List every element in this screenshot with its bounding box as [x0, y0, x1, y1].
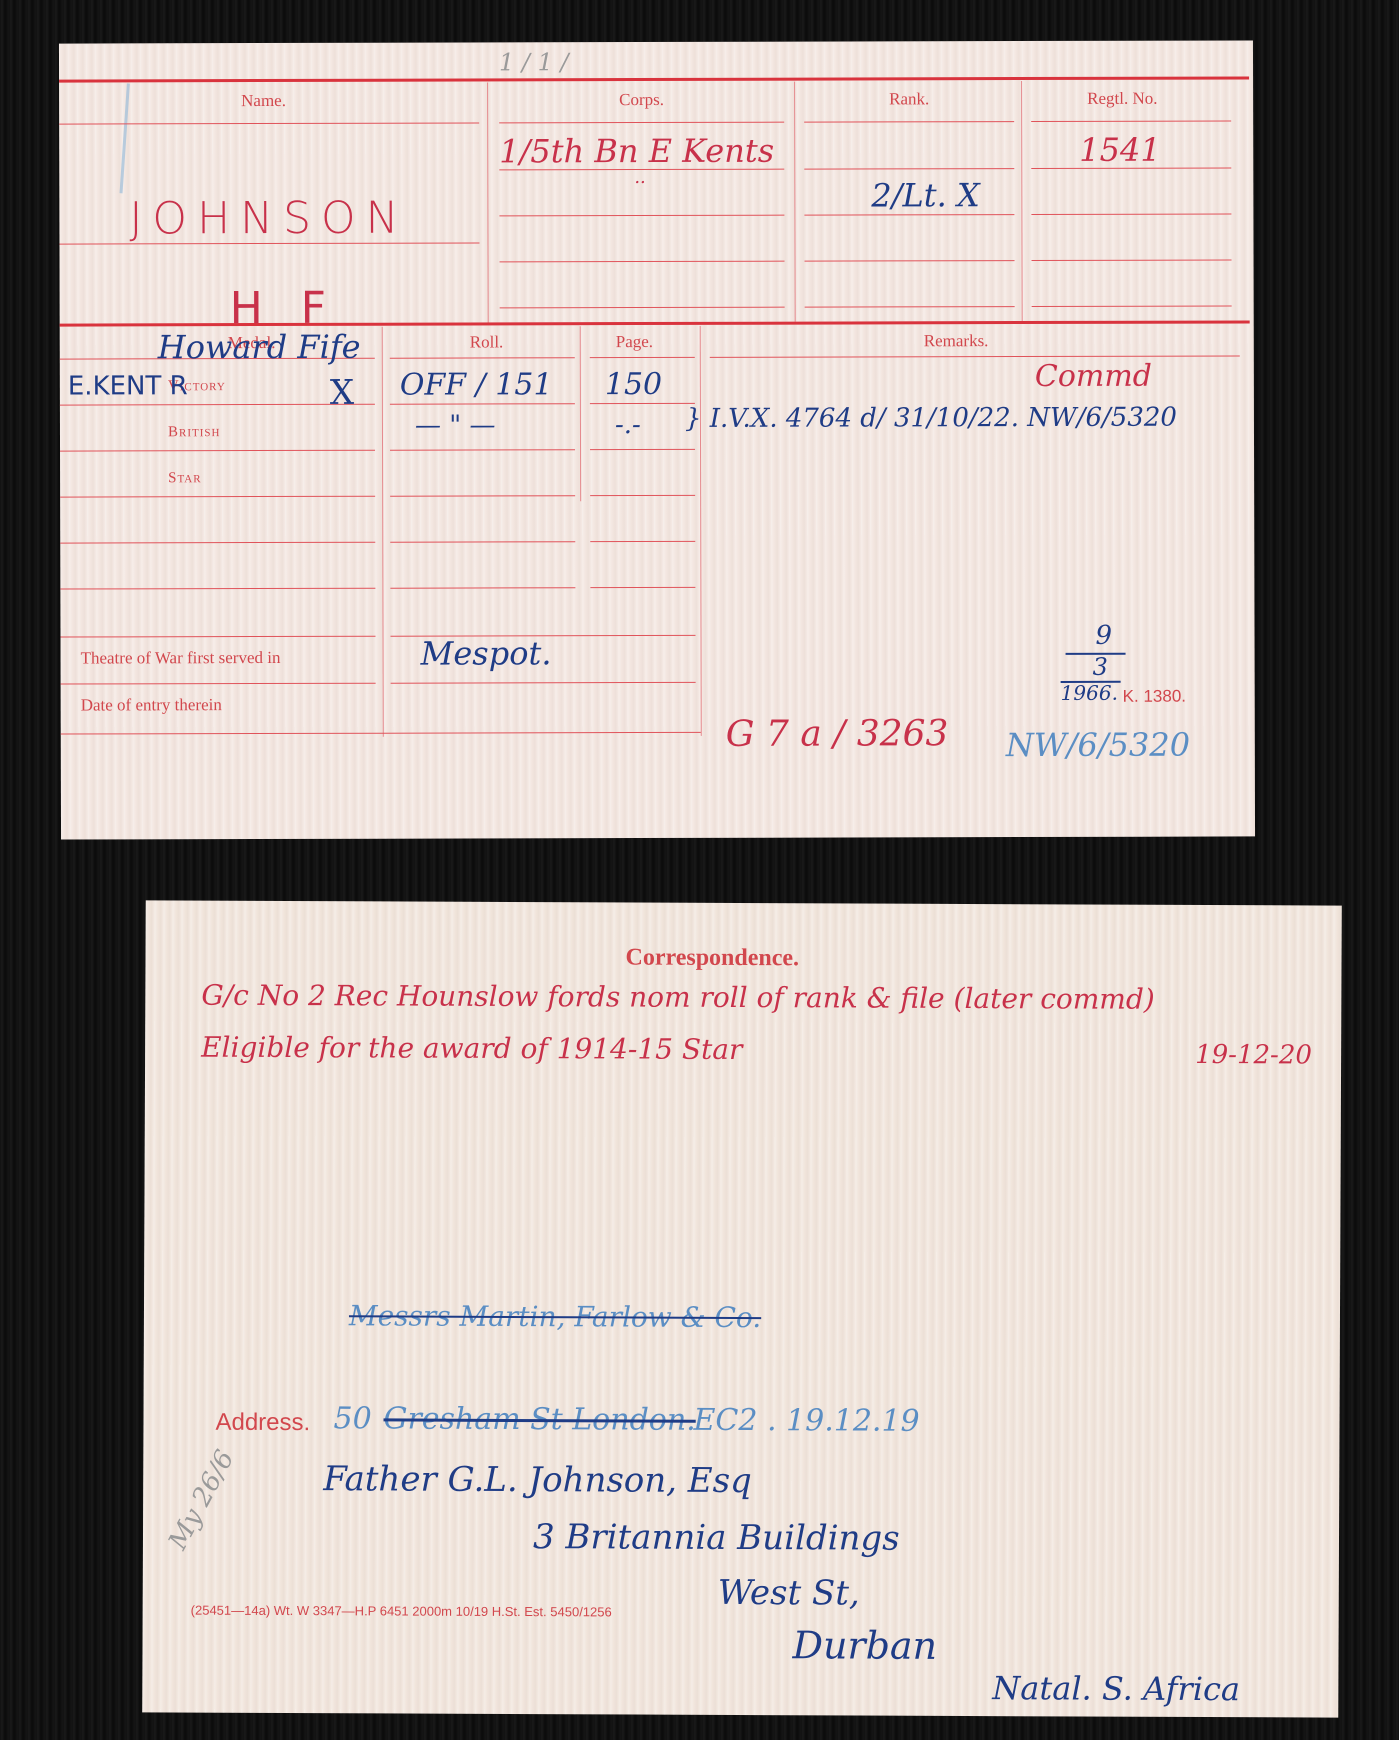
unit-note: E.KENT R: [68, 371, 188, 401]
new-address-line-1: Father G.L. Johnson, Esq: [323, 1459, 752, 1501]
address-struck-line-2: Gresham St London.: [383, 1401, 695, 1437]
header-regtl-no: Regtl. No.: [1087, 89, 1157, 109]
address-label: Address.: [215, 1409, 310, 1437]
british-page: -.-: [615, 410, 641, 440]
address-number: 50: [333, 1401, 371, 1436]
surname: JOHNSON: [129, 193, 408, 245]
forenames: Howard Fife: [158, 328, 361, 367]
medal-british: British: [168, 424, 220, 441]
header-rank: Rank.: [889, 89, 929, 109]
new-address-line-2: 3 Britannia Buildings: [533, 1517, 900, 1559]
regtl-no-value: 1541: [1079, 131, 1161, 169]
victory-roll: OFF / 151: [400, 367, 553, 402]
pencil-note: My 26/6: [163, 1445, 241, 1554]
medal-index-card-front: 1 / 1 / Name. Corps. Rank. Regtl. No. JO…: [59, 40, 1255, 839]
victory-page: 150: [605, 367, 662, 402]
initials: H F: [230, 283, 339, 334]
header-remarks: Remarks.: [924, 331, 989, 351]
victory-mark: X: [330, 373, 354, 413]
rank-value: 2/Lt. X: [871, 176, 979, 214]
medal-star: Star: [168, 470, 202, 487]
address-struck-line-1: Messrs Martin, Farlow & Co.: [349, 1299, 761, 1334]
bottom-reference: G 7 a / 3263: [726, 713, 949, 755]
new-address-line-4: Durban: [792, 1623, 937, 1668]
corps-ditto: ..: [634, 167, 646, 188]
correspondence-line-1: G/c No 2 Rec Hounslow fords nom roll of …: [201, 979, 1155, 1016]
print-code: (25451—14a) Wt. W 3347—H.P 6451 2000m 10…: [191, 1603, 612, 1620]
medal-index-card-back: Correspondence. G/c No 2 Rec Hounslow fo…: [142, 900, 1342, 1717]
correspondence-date: 19-12-20: [1195, 1040, 1312, 1071]
correspondence-line-2: Eligible for the award of 1914-15 Star: [201, 1031, 742, 1066]
form-code: K. 1380.: [1123, 687, 1186, 707]
bottom-note: NW/6/5320: [1006, 726, 1190, 764]
theatre-value: Mespot.: [421, 634, 552, 672]
header-name: Name.: [241, 91, 286, 111]
top-rule: [59, 76, 1249, 82]
remarks-main: } I.V.X. 4764 d/ 31/10/22. NW/6/5320: [685, 403, 1177, 434]
fraction-middle: 3: [1093, 653, 1108, 681]
header-roll: Roll.: [470, 332, 504, 352]
fraction-top: 9: [1095, 621, 1112, 651]
remarks-commd: Commd: [1035, 359, 1152, 394]
correspondence-title: Correspondence.: [625, 944, 799, 972]
header-page: Page.: [616, 332, 653, 352]
british-roll: — " —: [415, 410, 496, 440]
new-address-line-5: Natal. S. Africa: [992, 1669, 1240, 1708]
corps-value: 1/5th Bn E Kents: [499, 132, 774, 171]
blue-pencil-stroke: [120, 83, 130, 193]
theatre-label: Theatre of War first served in: [81, 648, 281, 669]
new-address-line-3: West St,: [718, 1573, 860, 1614]
header-corps: Corps.: [619, 90, 664, 110]
fraction-bottom: 1966.: [1061, 681, 1118, 705]
date-entry-label: Date of entry therein: [81, 695, 222, 715]
pencil-mark-top: 1 / 1 /: [499, 48, 569, 76]
address-suffix: EC2 . 19.12.19: [693, 1403, 919, 1439]
